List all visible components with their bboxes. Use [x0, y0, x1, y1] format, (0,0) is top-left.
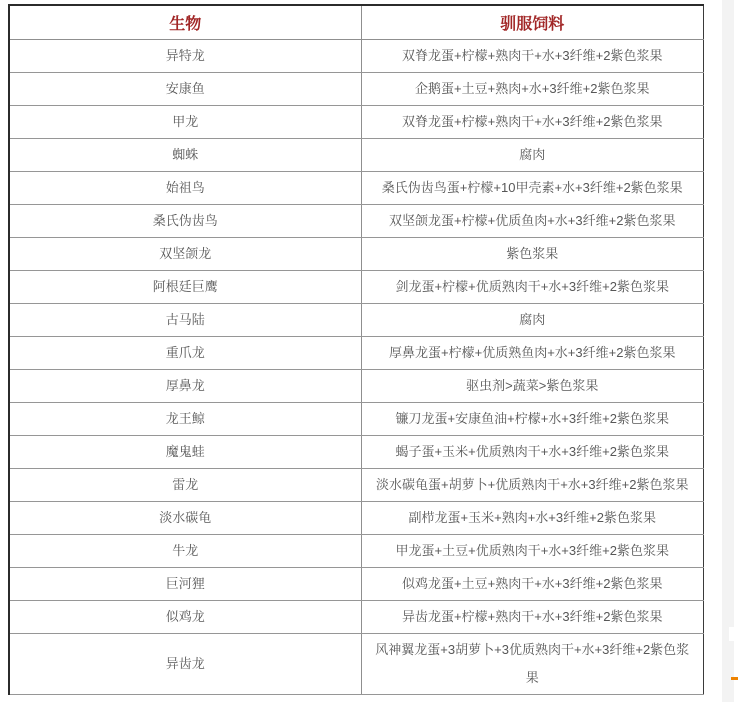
feed-cell: 桑氏伪齿鸟蛋+柠檬+10甲壳素+水+3纤维+2紫色浆果 — [361, 172, 704, 205]
creature-cell: 异特龙 — [9, 40, 361, 73]
table-row: 异齿龙 风神翼龙蛋+3胡萝卜+3优质熟肉干+水+3纤维+2紫色浆果 — [9, 634, 704, 695]
feed-cell: 蝎子蛋+玉米+优质熟肉干+水+3纤维+2紫色浆果 — [361, 436, 704, 469]
creature-column-header: 生物 — [9, 5, 361, 40]
table-row: 甲龙 双脊龙蛋+柠檬+熟肉干+水+3纤维+2紫色浆果 — [9, 106, 704, 139]
feed-cell: 双坚颌龙蛋+柠檬+优质鱼肉+水+3纤维+2紫色浆果 — [361, 205, 704, 238]
taming-feed-table: 生物 驯服饲料 异特龙 双脊龙蛋+柠檬+熟肉干+水+3纤维+2紫色浆果 安康鱼 … — [8, 4, 704, 695]
table-row: 厚鼻龙 驱虫剂>蔬菜>紫色浆果 — [9, 370, 704, 403]
feed-cell: 似鸡龙蛋+土豆+熟肉干+水+3纤维+2紫色浆果 — [361, 568, 704, 601]
table-row: 双坚颌龙 紫色浆果 — [9, 238, 704, 271]
feed-cell: 风神翼龙蛋+3胡萝卜+3优质熟肉干+水+3纤维+2紫色浆果 — [361, 634, 704, 695]
table-row: 古马陆 腐肉 — [9, 304, 704, 337]
feed-cell: 紫色浆果 — [361, 238, 704, 271]
creature-cell: 古马陆 — [9, 304, 361, 337]
creature-cell: 阿根廷巨鹰 — [9, 271, 361, 304]
feed-column-header: 驯服饲料 — [361, 5, 704, 40]
feed-cell: 厚鼻龙蛋+柠檬+优质熟鱼肉+水+3纤维+2紫色浆果 — [361, 337, 704, 370]
creature-cell: 桑氏伪齿鸟 — [9, 205, 361, 238]
table-header: 生物 驯服饲料 — [9, 5, 704, 40]
creature-cell: 始祖鸟 — [9, 172, 361, 205]
table-row: 阿根廷巨鹰 剑龙蛋+柠檬+优质熟肉干+水+3纤维+2紫色浆果 — [9, 271, 704, 304]
creature-cell: 蜘蛛 — [9, 139, 361, 172]
feed-cell: 副栉龙蛋+玉米+熟肉+水+3纤维+2紫色浆果 — [361, 502, 704, 535]
table-row: 巨河狸 似鸡龙蛋+土豆+熟肉干+水+3纤维+2紫色浆果 — [9, 568, 704, 601]
orange-indicator — [731, 677, 738, 680]
feed-cell: 镰刀龙蛋+安康鱼油+柠檬+水+3纤维+2紫色浆果 — [361, 403, 704, 436]
feed-cell: 剑龙蛋+柠檬+优质熟肉干+水+3纤维+2紫色浆果 — [361, 271, 704, 304]
table-row: 安康鱼 企鹅蛋+土豆+熟肉+水+3纤维+2紫色浆果 — [9, 73, 704, 106]
feed-cell: 腐肉 — [361, 304, 704, 337]
scrollbar-track[interactable] — [722, 0, 734, 702]
taming-feed-table-container: 生物 驯服饲料 异特龙 双脊龙蛋+柠檬+熟肉干+水+3纤维+2紫色浆果 安康鱼 … — [8, 4, 704, 695]
feed-cell: 企鹅蛋+土豆+熟肉+水+3纤维+2紫色浆果 — [361, 73, 704, 106]
scrollbar-notch — [729, 627, 738, 641]
table-row: 始祖鸟 桑氏伪齿鸟蛋+柠檬+10甲壳素+水+3纤维+2紫色浆果 — [9, 172, 704, 205]
feed-cell: 腐肉 — [361, 139, 704, 172]
table-body: 异特龙 双脊龙蛋+柠檬+熟肉干+水+3纤维+2紫色浆果 安康鱼 企鹅蛋+土豆+熟… — [9, 40, 704, 695]
table-row: 异特龙 双脊龙蛋+柠檬+熟肉干+水+3纤维+2紫色浆果 — [9, 40, 704, 73]
table-row: 雷龙 淡水碳龟蛋+胡萝卜+优质熟肉干+水+3纤维+2紫色浆果 — [9, 469, 704, 502]
table-row: 牛龙 甲龙蛋+土豆+优质熟肉干+水+3纤维+2紫色浆果 — [9, 535, 704, 568]
table-row: 龙王鲸 镰刀龙蛋+安康鱼油+柠檬+水+3纤维+2紫色浆果 — [9, 403, 704, 436]
header-row: 生物 驯服饲料 — [9, 5, 704, 40]
table-row: 淡水碳龟 副栉龙蛋+玉米+熟肉+水+3纤维+2紫色浆果 — [9, 502, 704, 535]
creature-cell: 牛龙 — [9, 535, 361, 568]
feed-cell: 异齿龙蛋+柠檬+熟肉干+水+3纤维+2紫色浆果 — [361, 601, 704, 634]
feed-cell: 驱虫剂>蔬菜>紫色浆果 — [361, 370, 704, 403]
feed-cell: 双脊龙蛋+柠檬+熟肉干+水+3纤维+2紫色浆果 — [361, 106, 704, 139]
feed-cell: 双脊龙蛋+柠檬+熟肉干+水+3纤维+2紫色浆果 — [361, 40, 704, 73]
creature-cell: 淡水碳龟 — [9, 502, 361, 535]
creature-cell: 甲龙 — [9, 106, 361, 139]
table-row: 重爪龙 厚鼻龙蛋+柠檬+优质熟鱼肉+水+3纤维+2紫色浆果 — [9, 337, 704, 370]
table-row: 桑氏伪齿鸟 双坚颌龙蛋+柠檬+优质鱼肉+水+3纤维+2紫色浆果 — [9, 205, 704, 238]
creature-cell: 龙王鲸 — [9, 403, 361, 436]
feed-cell: 甲龙蛋+土豆+优质熟肉干+水+3纤维+2紫色浆果 — [361, 535, 704, 568]
feed-cell: 淡水碳龟蛋+胡萝卜+优质熟肉干+水+3纤维+2紫色浆果 — [361, 469, 704, 502]
creature-cell: 似鸡龙 — [9, 601, 361, 634]
creature-cell: 雷龙 — [9, 469, 361, 502]
creature-cell: 双坚颌龙 — [9, 238, 361, 271]
creature-cell: 厚鼻龙 — [9, 370, 361, 403]
creature-cell: 安康鱼 — [9, 73, 361, 106]
creature-cell: 魔鬼蛙 — [9, 436, 361, 469]
creature-cell: 异齿龙 — [9, 634, 361, 695]
creature-cell: 重爪龙 — [9, 337, 361, 370]
creature-cell: 巨河狸 — [9, 568, 361, 601]
table-row: 蜘蛛 腐肉 — [9, 139, 704, 172]
table-row: 似鸡龙 异齿龙蛋+柠檬+熟肉干+水+3纤维+2紫色浆果 — [9, 601, 704, 634]
table-row: 魔鬼蛙 蝎子蛋+玉米+优质熟肉干+水+3纤维+2紫色浆果 — [9, 436, 704, 469]
